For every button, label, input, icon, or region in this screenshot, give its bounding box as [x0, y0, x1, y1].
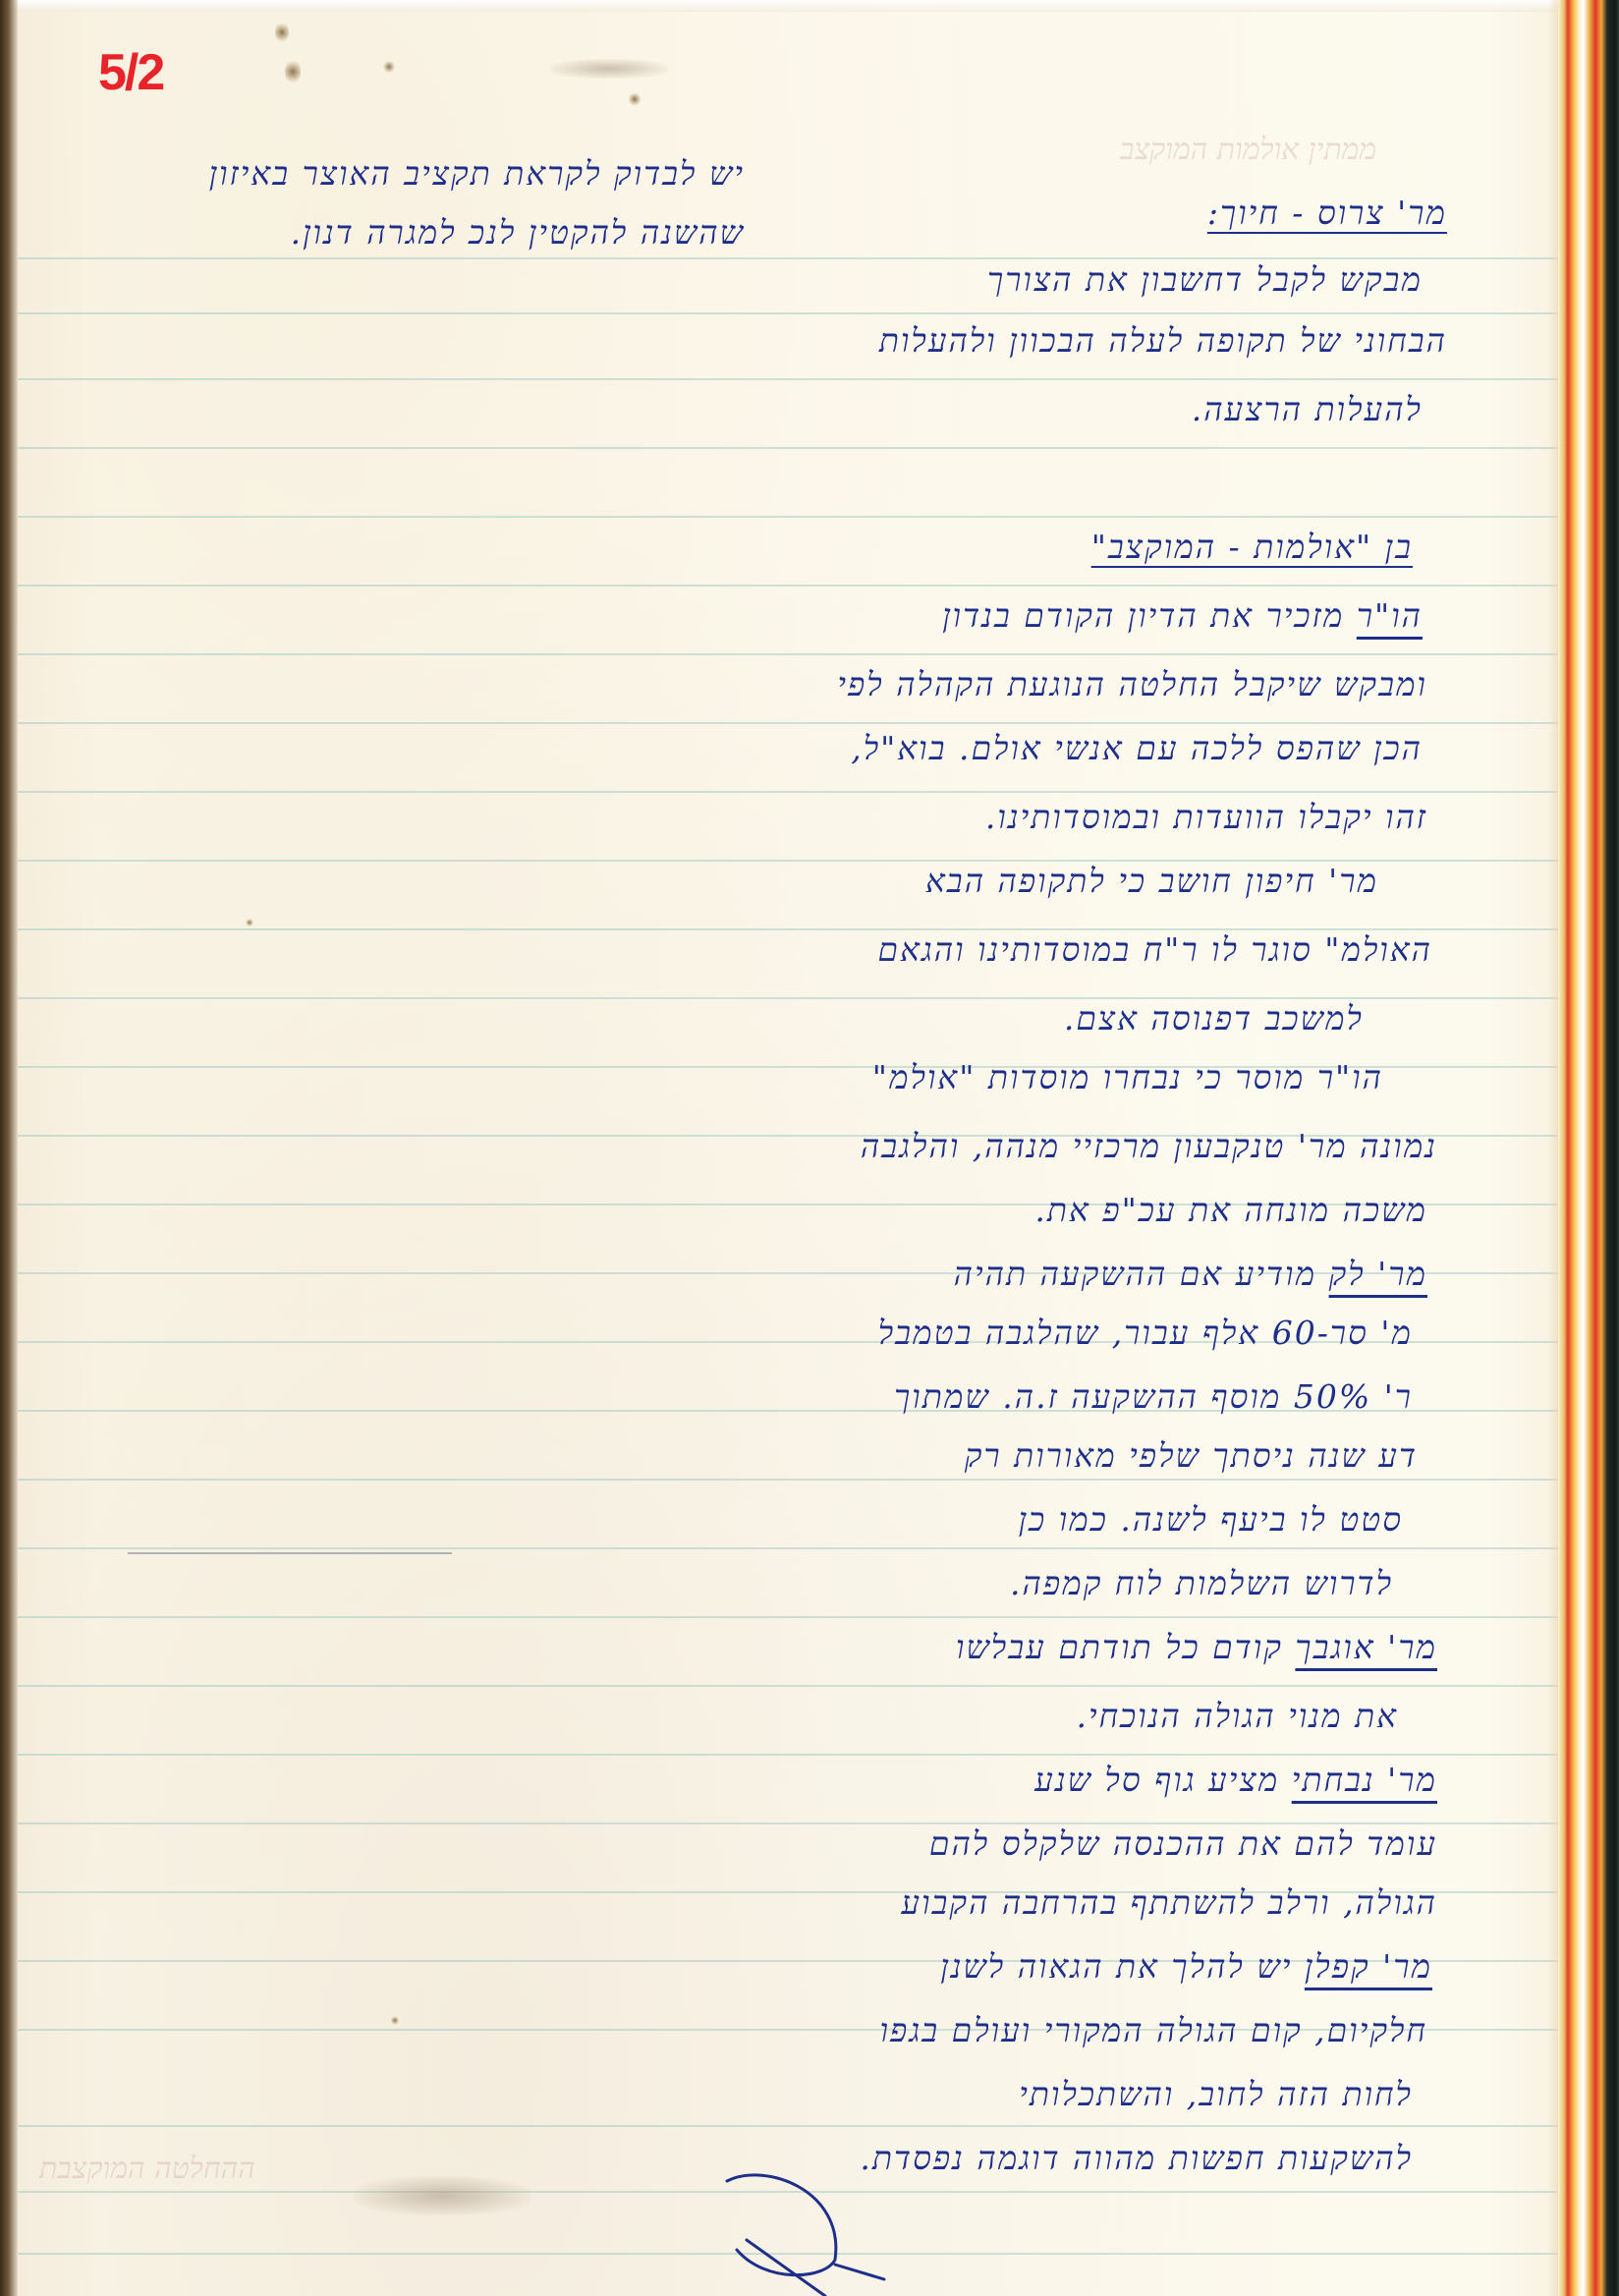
- short-rule-line: [128, 1552, 452, 1554]
- minutes-line: האולמ" סוגר לו ר"ח במוסדותינו והגאם: [877, 933, 1432, 966]
- stain: [285, 59, 301, 84]
- smudge: [354, 2176, 530, 2215]
- stain: [275, 22, 289, 43]
- minutes-line: להשקעות חפשות מהווה דוגמה נפסדת.: [860, 2142, 1413, 2174]
- minutes-line: מ' סר-60 אלף עבור, שהלגבה בטמבל: [878, 1316, 1413, 1349]
- minutes-line: ר' 50% מוסף ההשקעה ז.ה. שמתוך: [894, 1380, 1413, 1413]
- section-heading: מר' צרוס - חיוך:: [1207, 196, 1447, 229]
- margin-note-line: שהשנה להקטין לנכ למגרה דנון.: [291, 216, 745, 249]
- smudge: [550, 59, 668, 79]
- ruled-line: [18, 2125, 1560, 2127]
- minutes-line: סטט לו ביעף לשנה. כמו כן: [1019, 1503, 1403, 1536]
- ruled-line: [18, 1616, 1560, 1618]
- bleed-through-text: ההחלטה המוקצבת: [39, 2152, 255, 2186]
- minutes-line: נמונה מר' טנקבעון מרכזיי מנהה, והלגבה: [861, 1130, 1437, 1162]
- speaker-text: מזכיר את הדיון הקודם בנדון: [942, 596, 1344, 635]
- signature-mark: [707, 2171, 894, 2296]
- top-edge-shadow: [0, 0, 1619, 12]
- minutes-line: את מנוי הגולה הנוכחי.: [1076, 1700, 1398, 1732]
- minutes-line: הכן שהפס ללכה עם אנשי אולם. בוא"ל,: [851, 732, 1423, 764]
- minutes-line: זהו יקבלו הוועדות ובמוסדותינו.: [985, 801, 1427, 833]
- ruled-line: [18, 378, 1560, 380]
- speaker-text: קודם כל תודתם עבלשו: [956, 1628, 1283, 1666]
- ruled-line: [18, 585, 1560, 587]
- ruled-line: [18, 312, 1560, 314]
- stain: [246, 919, 253, 926]
- section-heading: בן "אולמות - המוקצב": [1091, 531, 1413, 563]
- speaker-name: הו"ר: [1317, 1058, 1383, 1096]
- ruled-line: [18, 653, 1560, 655]
- speaker-text: מציע גוף סל שנע: [1034, 1761, 1279, 1799]
- minutes-line: למשכב דפנוסה אצם.: [1064, 1002, 1364, 1035]
- minutes-line: מר' נבחתי מציע גוף סל שנע: [1034, 1764, 1437, 1796]
- minutes-line: לחות הזה לחוב, והשתכלותי: [1019, 2078, 1413, 2110]
- ruled-line: [18, 516, 1560, 518]
- speaker-text: מוסר כי נבחרו מוסדות "אולמ": [872, 1058, 1306, 1096]
- ruled-line: [18, 1547, 1560, 1549]
- speaker-text: מודיע אם ההשקעה תהיה: [954, 1255, 1316, 1293]
- minutes-line: דע שנה ניסתך שלפי מאורות רק: [965, 1439, 1418, 1472]
- minutes-line: מר' אוגבך קודם כל תודתם עבלשו: [956, 1631, 1437, 1663]
- minutes-line: מר' לק מודיע אם ההשקעה תהיה: [954, 1258, 1427, 1290]
- minutes-line: משכה מונחה את עכ"פ את.: [1034, 1194, 1427, 1226]
- speaker-name: מר' נבחתי: [1292, 1761, 1437, 1799]
- speaker-text: יש להלך את הגאוה לשנן: [940, 1947, 1292, 1986]
- speaker-name: מר' אוגבך: [1295, 1628, 1437, 1666]
- minutes-line: לדרוש השלמות לוח קמפה.: [1010, 1567, 1393, 1599]
- ruled-line: [18, 257, 1560, 259]
- left-page-edge: [0, 0, 18, 2296]
- minutes-line: מבקש לקבל דחשבון את הצורך: [987, 263, 1423, 296]
- minutes-line: ומבקש שיקבל החלטה הנוגעת הקהלה לפי: [837, 668, 1427, 700]
- speaker-text: חושב כי לתקופה הבא: [925, 862, 1233, 900]
- book-binding-edge: [1558, 0, 1619, 2296]
- speaker-name: מר' קפלן: [1305, 1947, 1432, 1986]
- stain: [391, 2016, 399, 2025]
- minutes-line: חלקיום, קום הגולה המקורי ועולם בגפו: [880, 2014, 1427, 2046]
- minutes-line: להעלות הרצעה.: [1192, 393, 1423, 425]
- minutes-line: מר' קפלן יש להלך את הגאוה לשנן: [940, 1950, 1432, 1983]
- page-number-label: 5/2: [98, 43, 163, 102]
- stain: [629, 92, 641, 106]
- minutes-line: הגולה, ורלב להשתתף בהרחבה הקבוע: [901, 1886, 1437, 1919]
- minutes-line: הו"ר מזכיר את הדיון הקודם בנדון: [942, 599, 1423, 632]
- binding-shadow: [1548, 0, 1558, 2296]
- scanned-page: ממתין אולמות המוקצב ההחלטה המוקצבת 5/2 י…: [0, 0, 1619, 2296]
- minutes-line: הו"ר מוסר כי נבחרו מוסדות "אולמ": [872, 1061, 1383, 1093]
- ruled-line: [18, 722, 1560, 724]
- ruled-line: [18, 1685, 1560, 1687]
- ruled-line: [18, 1754, 1560, 1756]
- margin-note-line: יש לבדוק לקראת תקציב האוצר באיזון: [209, 157, 745, 190]
- bleed-through-text: ממתין אולמות המוקצב: [1120, 133, 1376, 167]
- minutes-line: הבחוני של תקופה לעלה הבכוון ולהעלות: [879, 324, 1447, 357]
- speaker-name: הו"ר: [1357, 596, 1423, 635]
- speaker-name: מר' חיפון: [1245, 862, 1378, 900]
- ruled-line: [18, 791, 1560, 793]
- speaker-name: מר' לק: [1329, 1255, 1427, 1293]
- minutes-line: עומד להם את ההכנסה שלקלס להם: [929, 1827, 1437, 1860]
- stain: [383, 61, 395, 73]
- ruled-line: [18, 447, 1560, 449]
- minutes-line: מר' חיפון חושב כי לתקופה הבא: [925, 865, 1378, 897]
- ruled-line: [18, 1479, 1560, 1481]
